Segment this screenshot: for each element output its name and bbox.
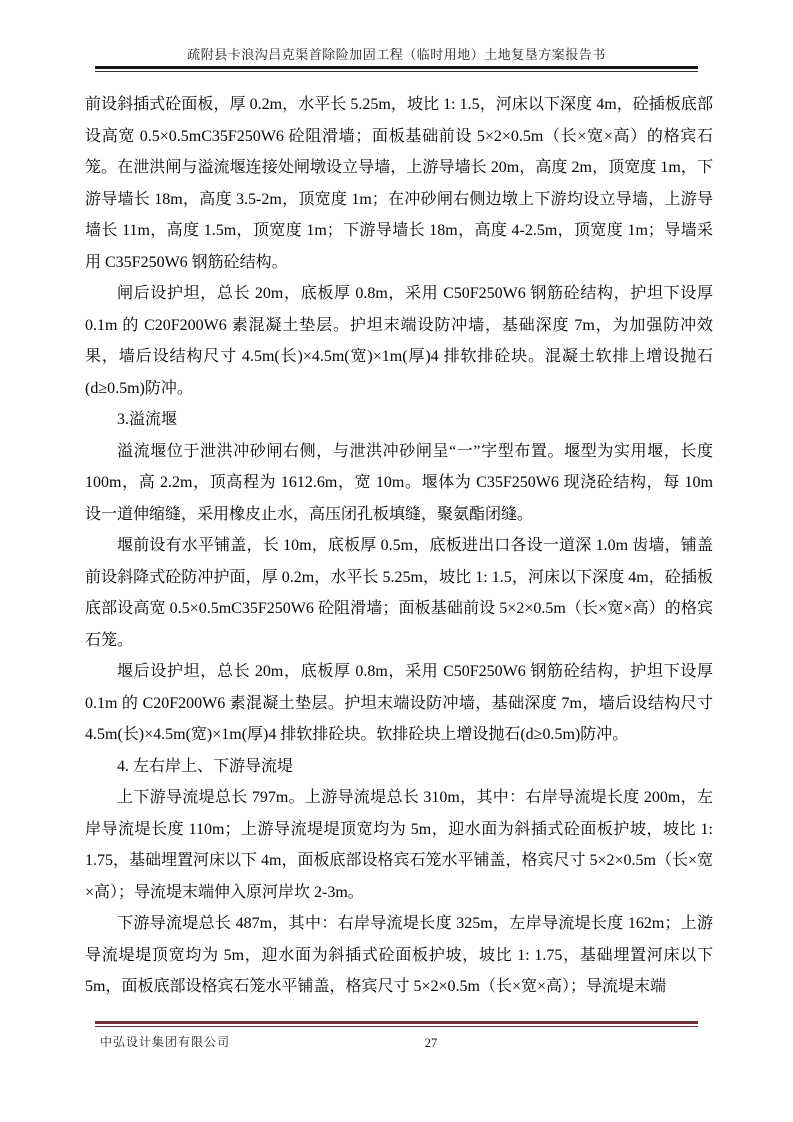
page-number: 27 [407, 1036, 455, 1051]
header-rule-thin [95, 71, 698, 72]
section-heading-4: 4. 左右岸上、下游导流堤 [85, 751, 713, 783]
body-paragraph: 溢流堰位于泄洪冲砂闸右侧，与泄洪冲砂闸呈“一”字型布置。堰型为实用堰，长度 10… [85, 436, 713, 531]
header-rule-thick [95, 66, 698, 69]
body-paragraph: 下游导流堤总长 487m，其中：右岸导流堤长度 325m，左岸导流堤长度 162… [85, 908, 713, 1003]
body-paragraph: 闸后设护坦，总长 20m，底板厚 0.8m，采用 C50F250W6 钢筋砼结构… [85, 278, 713, 404]
document-body: 前设斜插式砼面板，厚 0.2m，水平长 5.25m，坡比 1: 1.5，河床以下… [85, 89, 713, 1019]
body-paragraph: 上下游导流堤总长 797m。上游导流堤总长 310m，其中：右岸导流堤长度 20… [85, 782, 713, 908]
document-page: 疏附县卡浪沟吕克渠首除险加固工程（临时用地）土地复垦方案报告书 前设斜插式砼面板… [0, 0, 793, 1122]
footer-company-name: 中弘设计集团有限公司 [100, 1033, 230, 1050]
section-heading-3: 3.溢流堰 [85, 404, 713, 436]
body-paragraph: 堰前设有水平铺盖，长 10m，底板厚 0.5m，底板进出口各设一道深 1.0m … [85, 530, 713, 656]
body-paragraph-continuation: 前设斜插式砼面板，厚 0.2m，水平长 5.25m，坡比 1: 1.5，河床以下… [85, 89, 713, 278]
body-paragraph: 堰后设护坦，总长 20m，底板厚 0.8m，采用 C50F250W6 钢筋砼结构… [85, 656, 713, 751]
footer-rule [95, 1021, 698, 1027]
running-header-title: 疏附县卡浪沟吕克渠首除险加固工程（临时用地）土地复垦方案报告书 [0, 44, 793, 63]
